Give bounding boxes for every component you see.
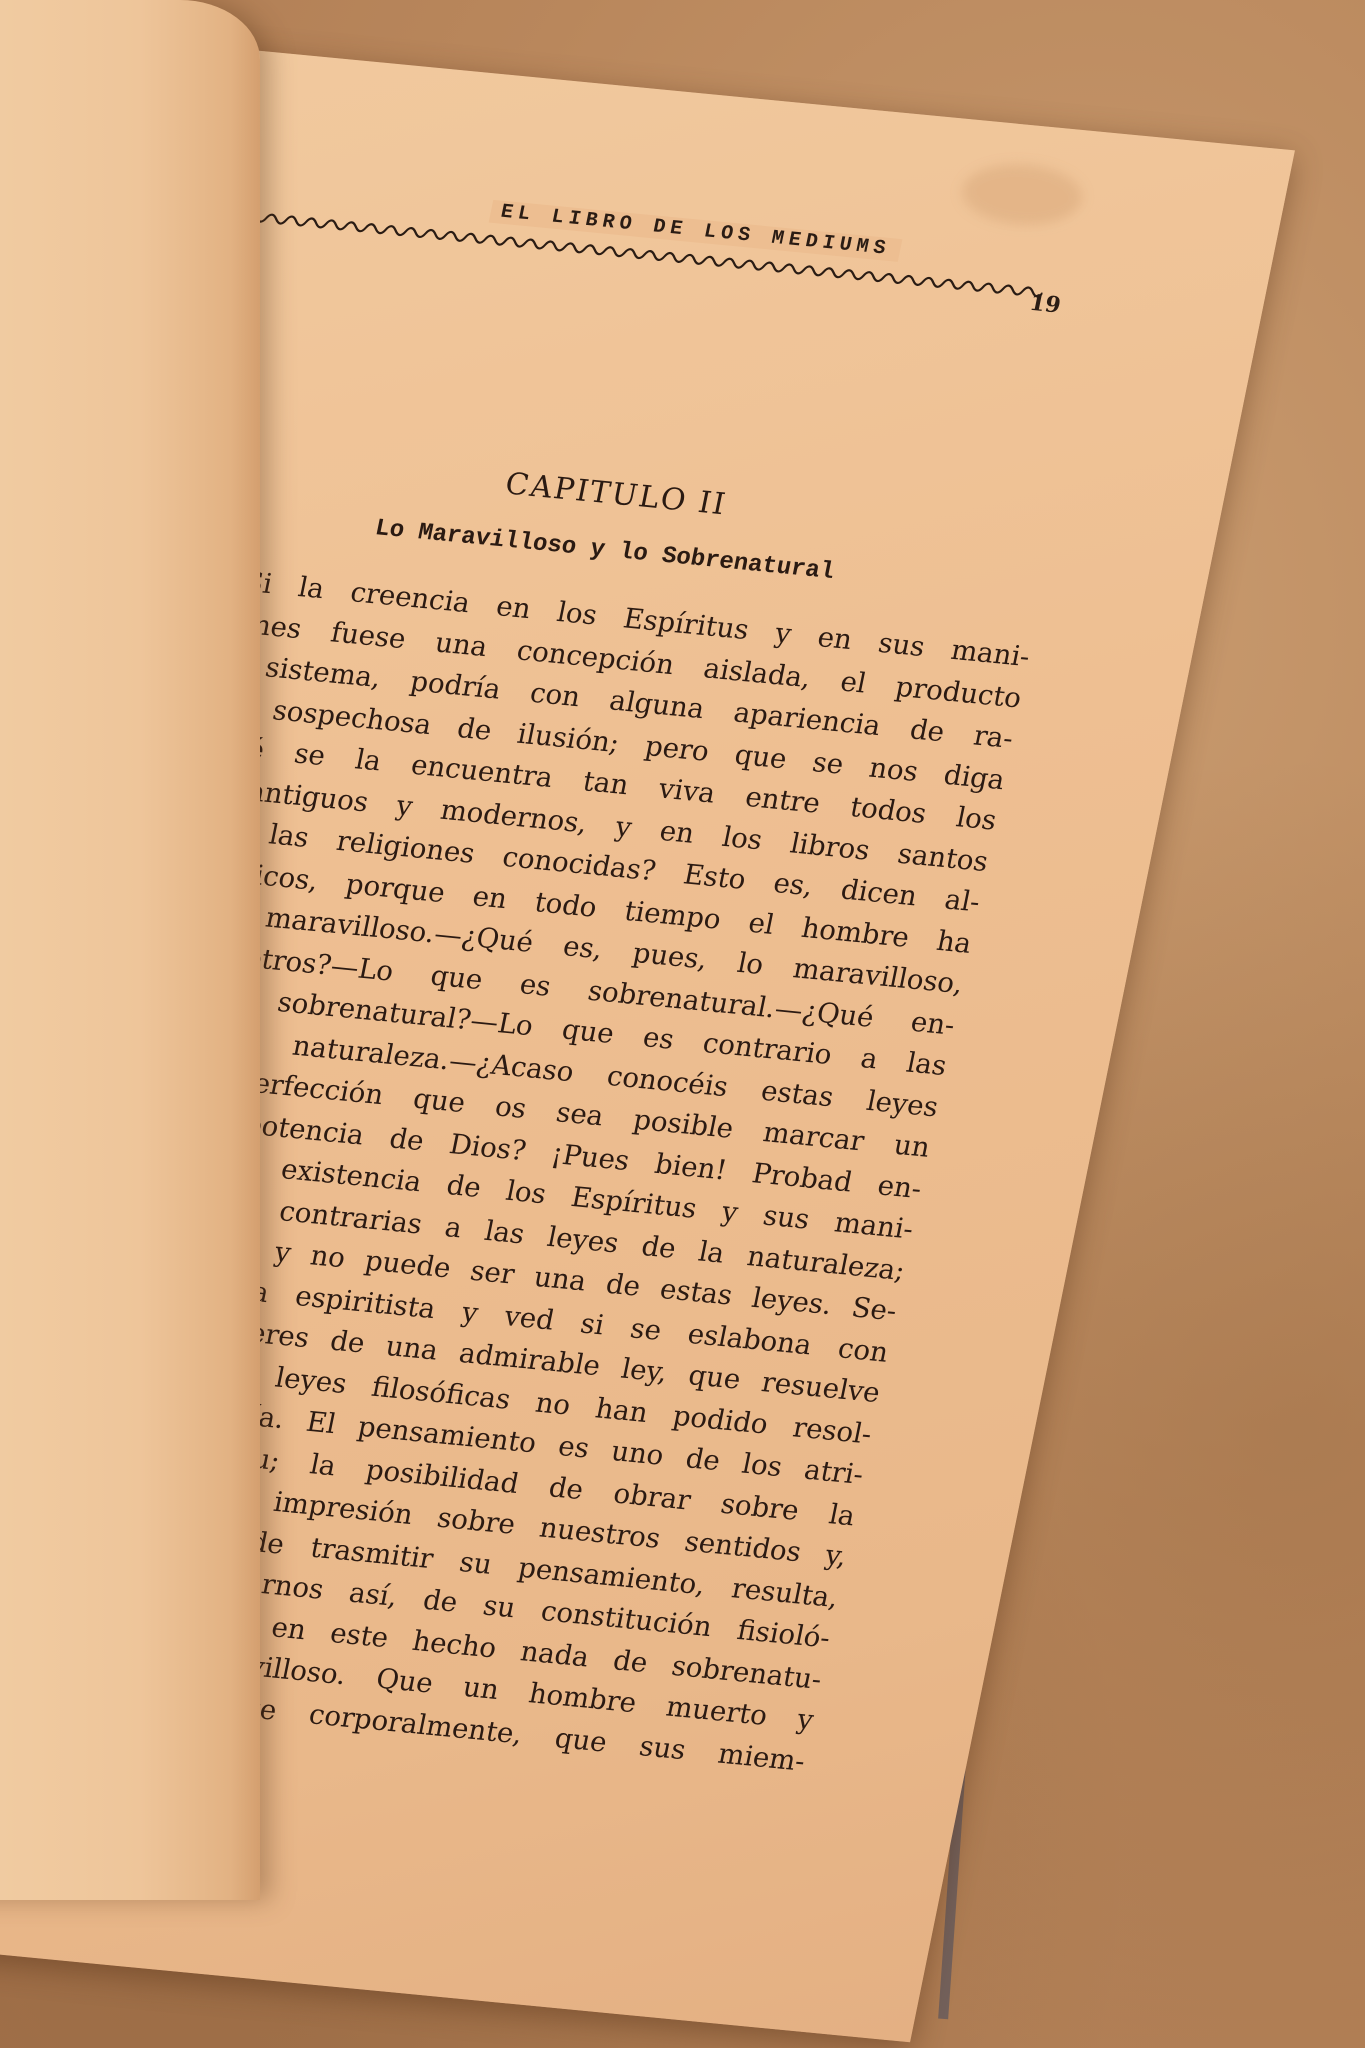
chapter-title: CAPITULO II xyxy=(175,435,1058,554)
page-number: 19 xyxy=(1027,290,1063,319)
book-page-left xyxy=(0,0,260,1900)
paper-stain xyxy=(956,159,1087,230)
